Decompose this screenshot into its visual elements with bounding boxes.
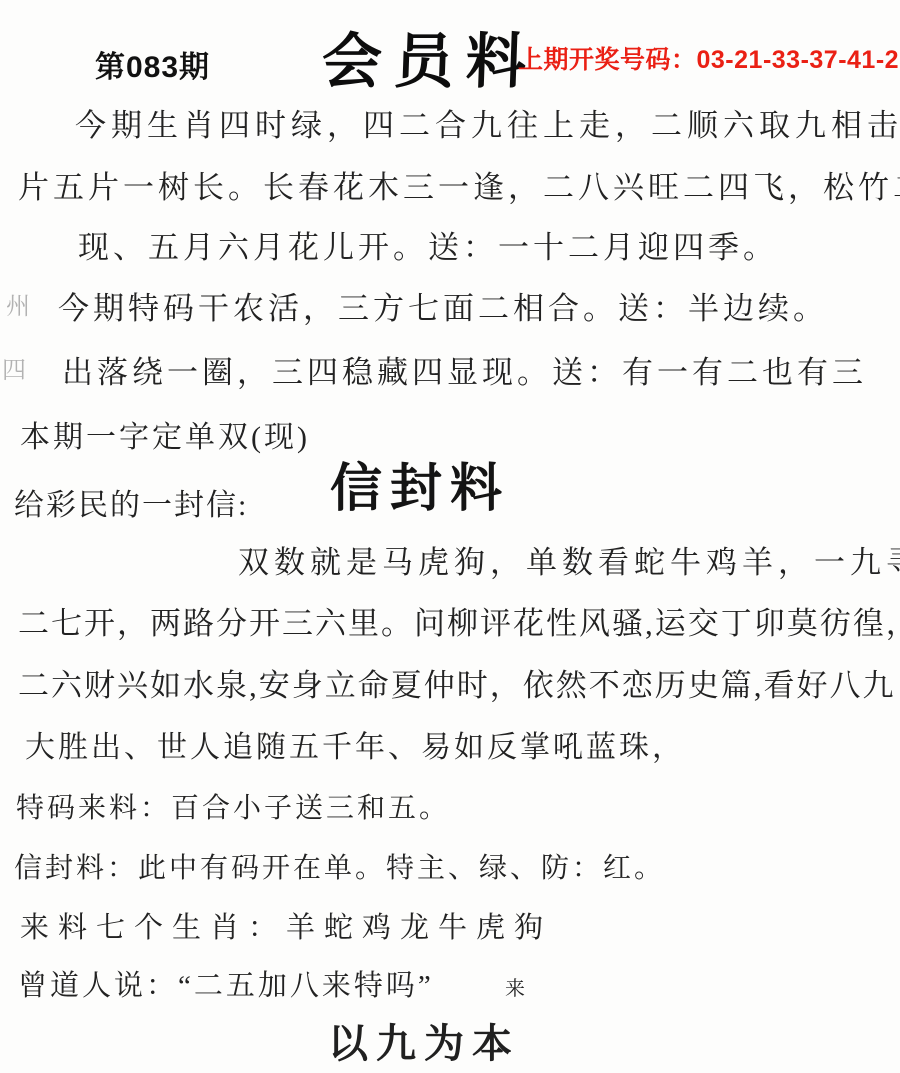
verse-line: 二七开，两路分开三六里。问柳评花性风骚,运交丁卯莫彷徨， [18,598,900,643]
last-draw-numbers: 上期开奖号码：03-21-33-37-41-25+27 [518,40,900,76]
zodiac-line: 来料七个生肖：羊蛇鸡龙牛虎狗 [20,905,552,946]
verse-line: 片五片一树长。长春花木三一逢，二八兴旺二四飞，松竹二时 [18,162,900,207]
verse-line: 现、五月六月花儿开。送：一十二月迎四季。 [78,222,778,267]
verse-line: 出落绕一圈，三四稳藏四显现。送：有一有二也有三 [62,347,867,392]
verse-line: 今期生肖四时绿，四二合九往上走，二顺六取九相击，三 [75,100,900,145]
letter-intro-label: 给彩民的一封信: [14,480,248,524]
verse-line: 大胜出、世人追随五千年、易如反掌吼蓝珠， [25,722,685,766]
verse-line: 双数就是马虎狗，单数看蛇牛鸡羊，一九寻机 [238,537,900,582]
special-code-line: 特码来料：百合小子送三和五。 [16,786,450,826]
verse-line: 二六财兴如水泉,安身立命夏仲时，依然不恋历史篇,看好八九 [18,660,896,705]
page-title: 会员料 [320,14,539,100]
side-note: 来 [505,972,525,1001]
scanned-tip-sheet: 第083期 会员料 上期开奖号码：03-21-33-37-41-25+27 今期… [0,0,900,1073]
quote-line: 曾道人说：“二五加八来特吗” [18,963,434,1004]
envelope-code-line: 信封料：此中有码开在单。特主、绿、防：红。 [14,846,665,886]
margin-smudge-mark: 四 [2,350,26,385]
footer-slogan: 以九为本 [328,1012,520,1069]
margin-smudge-mark: 州 [6,286,30,321]
issue-number: 第083期 [95,42,210,86]
verse-line: 今期特码干农活，三方七面二相合。送：半边续。 [58,283,828,328]
odd-even-line: 本期一字定单双(现) [20,412,310,456]
section-title: 信封料 [330,446,510,521]
